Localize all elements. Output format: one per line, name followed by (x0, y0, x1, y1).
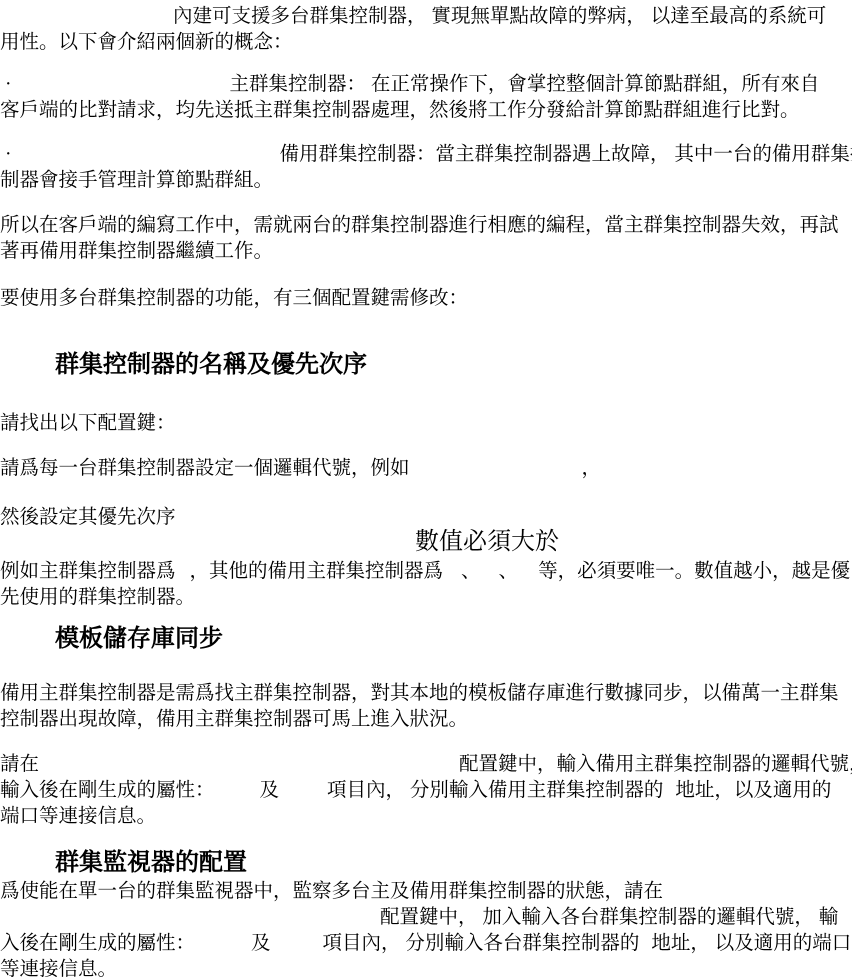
text-segment: 輸入後在剛生成的屬性： (0, 780, 215, 801)
text-line: 客戶端的比對請求，均先送抵主群集控制器處理，然後將工作分發給計算節點群組進行比對… (0, 98, 852, 124)
text-segment: 項目內， 分別輸入備用主群集控制器的 (327, 780, 663, 801)
gap-spacer (663, 794, 675, 796)
text-segment: 先使用的群集控制器。 (0, 587, 195, 608)
text-segment: 所以在客戶端的編寫工作中，需就兩台的群集控制器進行相應的編程，當主群集控制器失效… (0, 215, 839, 236)
gap-spacer (443, 575, 461, 577)
priority-example-paragraph: 例如主群集控制器爲，其他的備用主群集控制器爲、、等，必須要唯一。數值越小，越是優… (0, 559, 852, 611)
gap-spacer (12, 88, 230, 90)
text-line: ·備用群集控制器：當主群集控制器遇上故障， 其中一台的備用群集控 (0, 142, 852, 168)
gap-spacer (639, 947, 651, 949)
text-segment: 內建可支援多台群集控制器， 實現無單點故障的弊病， 以達至最高的系統可 (173, 6, 826, 27)
text-segment: · (5, 144, 12, 165)
gap-spacer (518, 575, 538, 577)
bullet-item-master-controller: ·主群集控制器： 在正常操作下，會掌控整個計算節點群組，所有來自客戶端的比對請求… (0, 72, 852, 124)
text-segment: 然後設定其優先次序 (0, 507, 176, 528)
gap-spacer (39, 768, 459, 770)
text-line: 請找出以下配置鍵： (0, 411, 852, 437)
text-segment: · (5, 74, 12, 95)
text-segment: 、 (499, 561, 519, 582)
text-segment: 模板儲存庫同步 (55, 625, 223, 652)
text-line: 請爲每一台群集控制器設定一個邏輯代號，例如， (0, 456, 852, 482)
text-line: 例如主群集控制器爲，其他的備用主群集控制器爲、、等，必須要唯一。數值越小，越是優 (0, 559, 852, 585)
gap-spacer (279, 794, 327, 796)
text-line: 控制器出現故障，備用主群集控制器可馬上進入狀況。 (0, 707, 852, 733)
text-line: 端口等連接信息。 (0, 804, 852, 830)
text-line: 著再備用群集控制器繼續工作。 (0, 239, 852, 265)
text-line: 輸入後在剛生成的屬性：及項目內， 分別輸入備用主群集控制器的地址，以及適用的 (0, 778, 852, 804)
text-segment: 控制器出現故障，備用主群集控制器可馬上進入狀況。 (0, 709, 468, 730)
text-line: 內建可支援多台群集控制器， 實現無單點故障的弊病， 以達至最高的系統可 (0, 4, 852, 30)
monitor-config-paragraph: 爲使能在單一台的群集監視器中，監察多台主及備用群集控制器的狀態，請在配置鍵中， … (0, 879, 852, 980)
text-line: 群集監視器的配置 (0, 848, 852, 878)
text-line: 制器會接手管理計算節點群組。 (0, 168, 852, 194)
text-segment: 主群集控制器： 在正常操作下，會掌控整個計算節點群組，所有來自 (230, 74, 820, 95)
text-line: 所以在客戶端的編寫工作中，需就兩台的群集控制器進行相應的編程，當主群集控制器失效… (0, 213, 852, 239)
text-segment: 用性。以下會介紹兩個新的概念： (0, 32, 293, 53)
text-segment: 群集控制器的名稱及優先次序 (55, 351, 367, 378)
text-segment: 客戶端的比對請求，均先送抵主群集控制器處理，然後將工作分發給計算節點群組進行比對… (0, 100, 800, 121)
bullet-item-backup-controller: ·備用群集控制器：當主群集控制器遇上故障， 其中一台的備用群集控制器會接手管理計… (0, 142, 852, 194)
text-segment: 及 (260, 780, 280, 801)
text-segment: ， (582, 458, 602, 479)
gap-spacer (410, 472, 582, 474)
value-note-line: 數值必須大於 (0, 528, 852, 556)
text-segment: 數值必須大於 (415, 529, 559, 555)
text-line: 群集控制器的名稱及優先次序 (0, 350, 852, 380)
heading-monitor-config: 群集監視器的配置 (0, 848, 852, 878)
gap-spacer (176, 575, 190, 577)
text-segment: 入後在剛生成的屬性： (0, 933, 195, 954)
three-config-keys-paragraph: 要使用多台群集控制器的功能，有三個配置鍵需修改： (0, 286, 852, 312)
gap-spacer (215, 794, 260, 796)
text-segment: 項目內， 分別輸入各台群集控制器的 (323, 933, 640, 954)
text-line: 模板儲存庫同步 (0, 624, 852, 654)
text-line: 先使用的群集控制器。 (0, 585, 852, 611)
text-line: 用性。以下會介紹兩個新的概念： (0, 30, 852, 56)
gap-spacer (0, 921, 380, 923)
text-segment: 要使用多台群集控制器的功能，有三個配置鍵需修改： (0, 288, 468, 309)
text-segment: 爲使能在單一台的群集監視器中，監察多台主及備用群集控制器的狀態，請在 (0, 881, 663, 902)
text-segment: 例如主群集控制器爲 (0, 561, 176, 582)
text-line: 數值必須大於 (0, 528, 852, 556)
find-config-key-paragraph: 請找出以下配置鍵： (0, 411, 852, 437)
text-line: 配置鍵中， 加入輸入各台群集控制器的邏輯代號， 輸 (0, 905, 852, 931)
text-line: 備用主群集控制器是需爲找主群集控制器，對其本地的模板儲存庫進行數據同步，以備萬一… (0, 681, 852, 707)
text-segment: 制器會接手管理計算節點群組。 (0, 170, 273, 191)
text-line: 爲使能在單一台的群集監視器中，監察多台主及備用群集控制器的狀態，請在 (0, 879, 852, 905)
gap-spacer (481, 575, 499, 577)
text-line: 要使用多台群集控制器的功能，有三個配置鍵需修改： (0, 286, 852, 312)
text-line: 請在配置鍵中，輸入備用主群集控制器的邏輯代號， (0, 752, 852, 778)
text-segment: 配置鍵中， 加入輸入各台群集控制器的邏輯代號， 輸 (380, 907, 838, 928)
text-segment: 地址， 以及適用的端口 (651, 933, 851, 954)
gap-spacer (271, 947, 323, 949)
gap-spacer (12, 158, 280, 160)
text-line: 等連接信息。 (0, 957, 852, 980)
gap-spacer (195, 947, 251, 949)
text-segment: 備用群集控制器：當主群集控制器遇上故障， 其中一台的備用群集控 (280, 144, 852, 165)
text-segment: ，其他的備用主群集控制器爲 (190, 561, 444, 582)
template-sync-paragraph: 備用主群集控制器是需爲找主群集控制器，對其本地的模板儲存庫進行數據同步，以備萬一… (0, 681, 852, 733)
text-segment: 地址，以及適用的 (675, 780, 831, 801)
text-segment: 等，必須要唯一。數值越小，越是優 (538, 561, 850, 582)
logical-id-paragraph: 請爲每一台群集控制器設定一個邏輯代號，例如， (0, 456, 852, 482)
text-line: 入後在剛生成的屬性：及項目內， 分別輸入各台群集控制器的地址， 以及適用的端口 (0, 931, 852, 957)
client-programming-paragraph: 所以在客戶端的編寫工作中，需就兩台的群集控制器進行相應的編程，當主群集控制器失效… (0, 213, 852, 265)
intro-paragraph: 內建可支援多台群集控制器， 實現無單點故障的弊病， 以達至最高的系統可用性。以下… (0, 4, 852, 56)
text-segment: 、 (461, 561, 481, 582)
text-segment: 等連接信息。 (0, 959, 117, 980)
text-segment: 端口等連接信息。 (0, 806, 156, 827)
text-segment: 請在 (0, 754, 39, 775)
heading-template-repo-sync: 模板儲存庫同步 (0, 624, 852, 654)
text-segment: 及 (251, 933, 271, 954)
text-line: ·主群集控制器： 在正常操作下，會掌控整個計算節點群組，所有來自 (0, 72, 852, 98)
heading-controller-name-priority: 群集控制器的名稱及優先次序 (0, 350, 852, 380)
text-segment: 請爲每一台群集控制器設定一個邏輯代號，例如 (0, 458, 410, 479)
text-segment: 配置鍵中，輸入備用主群集控制器的邏輯代號， (459, 754, 852, 775)
text-segment: 群集監視器的配置 (55, 849, 247, 876)
text-segment: 著再備用群集控制器繼續工作。 (0, 241, 273, 262)
backup-config-key-paragraph: 請在配置鍵中，輸入備用主群集控制器的邏輯代號，輸入後在剛生成的屬性：及項目內， … (0, 752, 852, 830)
text-segment: 請找出以下配置鍵： (0, 413, 176, 434)
document-page: 內建可支援多台群集控制器， 實現無單點故障的弊病， 以達至最高的系統可用性。以下… (0, 0, 852, 980)
text-segment: 備用主群集控制器是需爲找主群集控制器，對其本地的模板儲存庫進行數據同步，以備萬一… (0, 683, 839, 704)
